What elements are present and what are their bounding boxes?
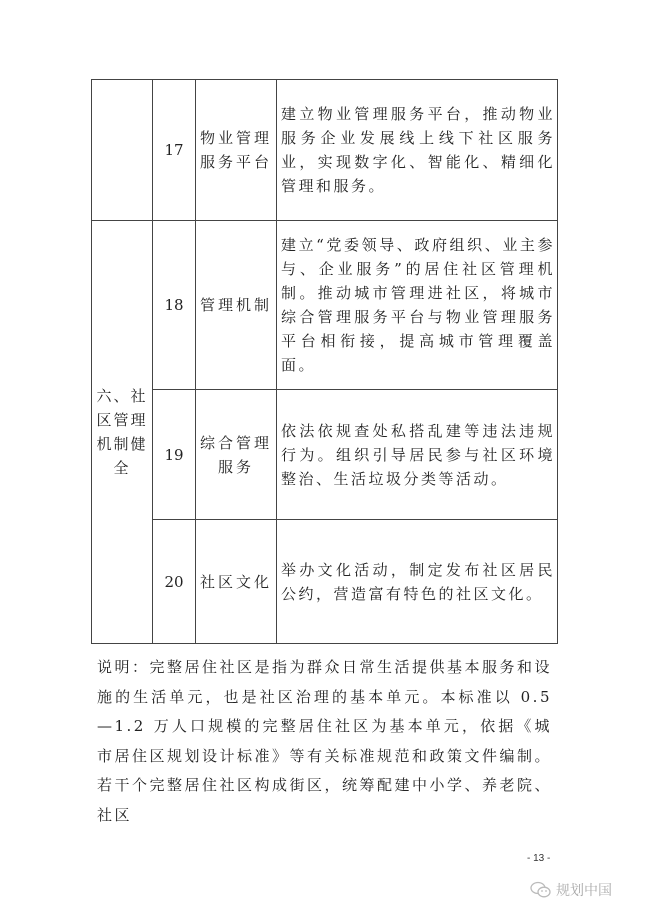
category-cell: 六、社区管理机制健全 — [92, 221, 153, 644]
item-description: 依法依规查处私搭乱建等违法违规行为。组织引导居民参与社区环境整治、生活垃圾分类等… — [277, 390, 558, 520]
item-description: 建立“党委领导、政府组织、业主参与、企业服务”的居住社区管理机制。推动城市管理进… — [277, 221, 558, 390]
row-number: 17 — [153, 80, 196, 221]
explanatory-note: 说明：完整居住社区是指为群众日常生活提供基本服务和设施的生活单元，也是社区治理的… — [97, 653, 552, 830]
item-name: 综合管理服务 — [196, 390, 277, 520]
table-row: 17 物业管理服务平台 建立物业管理服务平台，推动物业服务企业发展线上线下社区服… — [92, 80, 558, 221]
page-number: - 13 - — [527, 853, 550, 864]
item-description: 建立物业管理服务平台，推动物业服务企业发展线上线下社区服务业，实现数字化、智能化… — [277, 80, 558, 221]
item-name: 管理机制 — [196, 221, 277, 390]
watermark-text: 规划中国 — [556, 880, 612, 900]
wechat-icon — [530, 881, 552, 899]
table-row: 六、社区管理机制健全 18 管理机制 建立“党委领导、政府组织、业主参与、企业服… — [92, 221, 558, 390]
row-number: 19 — [153, 390, 196, 520]
standards-table: 17 物业管理服务平台 建立物业管理服务平台，推动物业服务企业发展线上线下社区服… — [91, 79, 558, 644]
watermark: 规划中国 — [530, 880, 612, 900]
table-row: 19 综合管理服务 依法依规查处私搭乱建等违法违规行为。组织引导居民参与社区环境… — [92, 390, 558, 520]
item-name: 物业管理服务平台 — [196, 80, 277, 221]
item-description: 举办文化活动，制定发布社区居民公约，营造富有特色的社区文化。 — [277, 520, 558, 644]
row-number: 20 — [153, 520, 196, 644]
table-row: 20 社区文化 举办文化活动，制定发布社区居民公约，营造富有特色的社区文化。 — [92, 520, 558, 644]
category-cell-continued — [92, 80, 153, 221]
row-number: 18 — [153, 221, 196, 390]
item-name: 社区文化 — [196, 520, 277, 644]
